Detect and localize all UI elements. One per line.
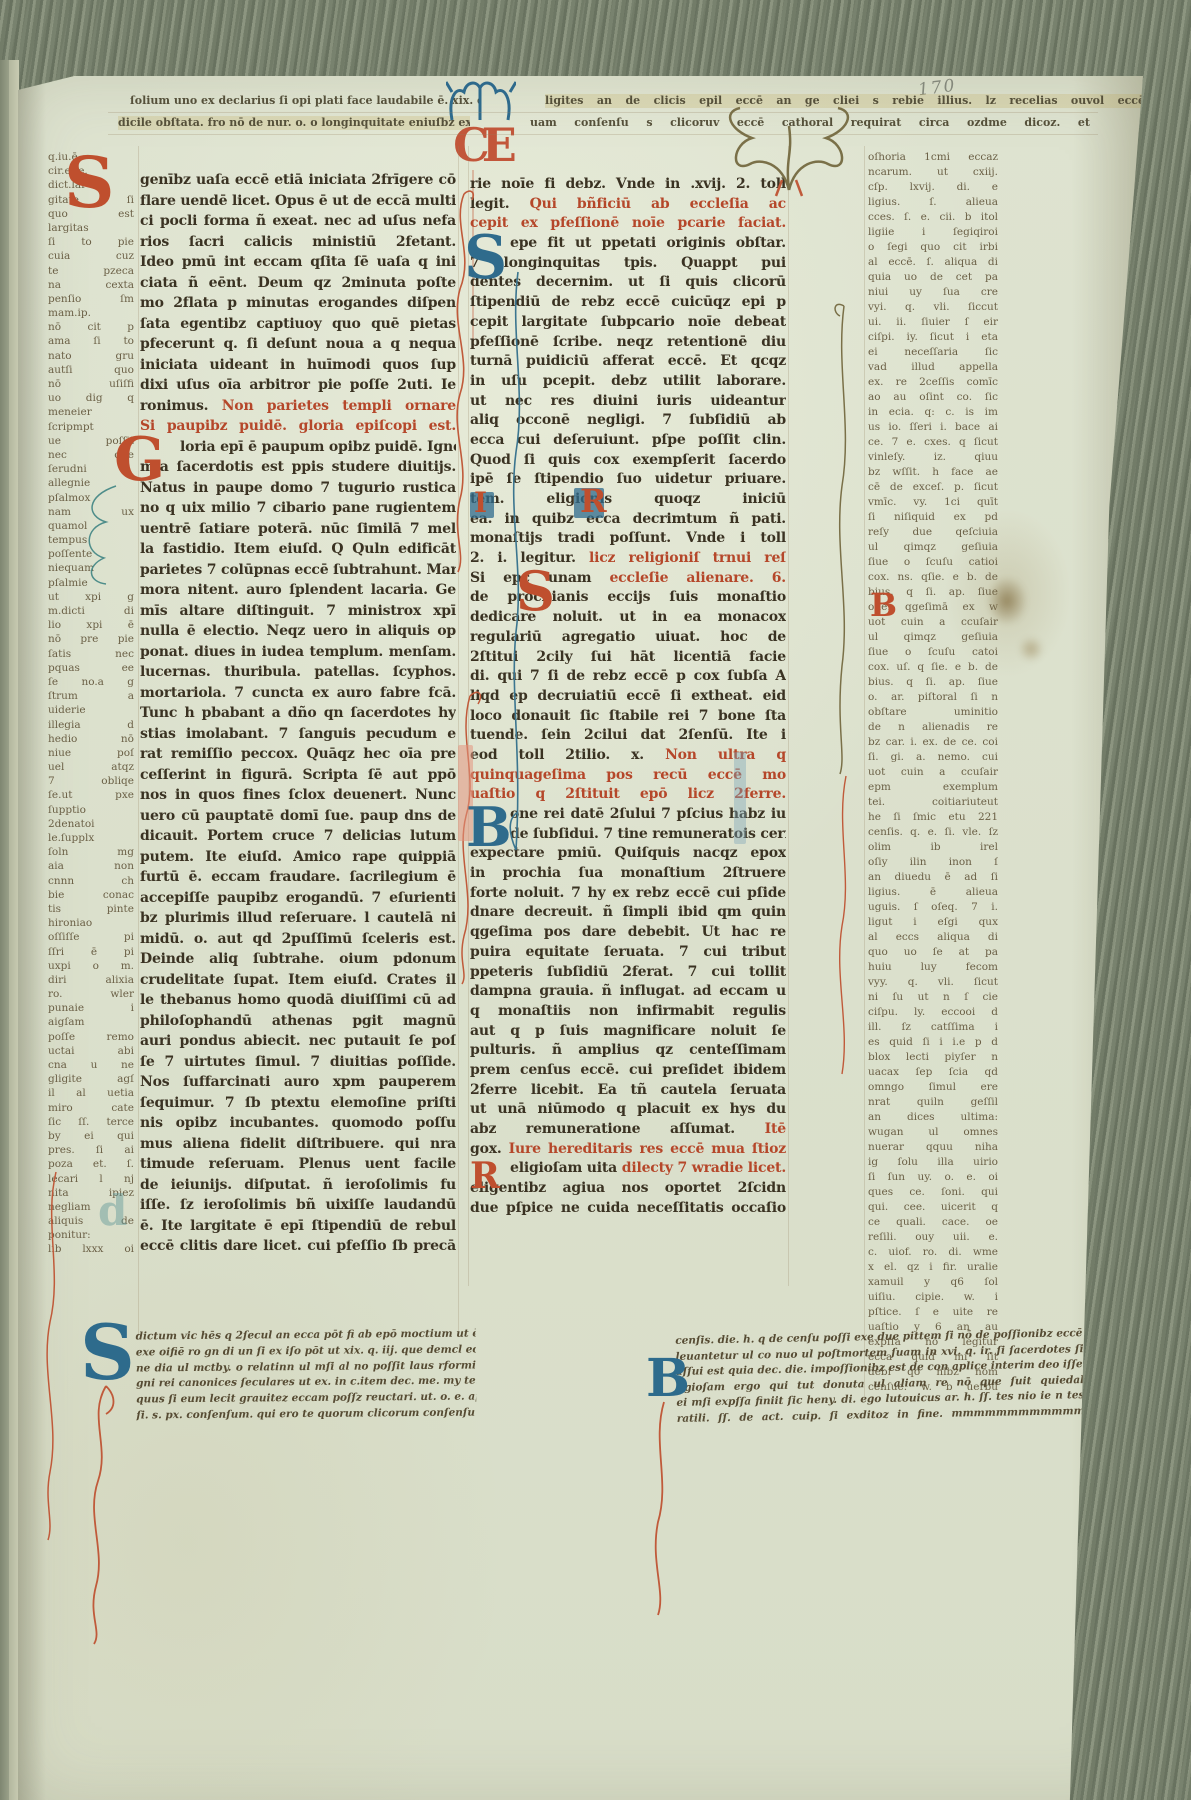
text-line: c. uiof. ro. di. wme xyxy=(868,1245,998,1260)
blue-penwork-line xyxy=(506,272,528,852)
text-line: de ieiunijs. diſputat. ñ ieroſolimis fu xyxy=(140,1175,456,1196)
ruling-line xyxy=(788,146,789,1286)
text-line: uxpi o m. xyxy=(48,959,134,973)
text-line: ligius. ē alieua xyxy=(868,885,998,900)
text-line: lio xpi ē xyxy=(48,618,134,632)
text-line: qgeſima pos dare debebit. Ut hac re xyxy=(470,923,786,943)
teal-penwork-curls xyxy=(76,486,120,586)
text-line: cox. ns. qſie. e b. de xyxy=(868,570,998,585)
text-line: us io. ſſeri i. bace ai xyxy=(868,420,998,435)
text-line: uero cū pauptatē domī ſue. paup dns de xyxy=(140,806,456,827)
ruling-line xyxy=(864,146,865,1396)
text-line: cces. ſ. e. cii. b itol xyxy=(868,210,998,225)
text-line: ſatis nec xyxy=(48,647,134,661)
running-title: CE xyxy=(426,78,536,168)
text-line: nuerar qquu niha xyxy=(868,1140,998,1155)
text-line: due pſpice ne cuida neceſſitatis occaſio xyxy=(470,1199,786,1219)
text-line: dixi uſus oīa arbitror pie poſſe 2uti. I… xyxy=(140,375,456,396)
text-line: ligiie i ſegiqiroi xyxy=(868,225,998,240)
ruling-line xyxy=(108,112,1098,113)
text-line: forte noluit. 7 hy ex rebz eccē cui pſid… xyxy=(470,884,786,904)
text-line: cenſis. q. e. ſi. vle. ſz xyxy=(868,825,998,840)
text-line: genībz uaſa eccē etiā iniciata 2frīgere … xyxy=(140,170,456,191)
red-penwork-descender xyxy=(76,1386,120,1646)
text-line: uiſiu. cipie. w. i xyxy=(868,1290,998,1305)
text-line: mam.ip. xyxy=(48,306,134,320)
text-line: mia ſacerdotis est ppis studere diuitijs… xyxy=(140,457,456,478)
text-line: aut q p ſuis magnificare noluit ſe xyxy=(470,1022,786,1042)
text-line: pfecerunt q. ſi deſunt noua a q nequa xyxy=(140,334,456,355)
text-line: punaie i xyxy=(48,1001,134,1015)
text-line: mus aliena fidelit diſtribuere. qui nra xyxy=(140,1134,456,1155)
text-line: meneier xyxy=(48,405,134,419)
text-line: eccē clitis dare licet. cui pfeſſio ſb p… xyxy=(140,1236,456,1257)
red-penwork-line xyxy=(38,1172,66,1542)
text-line: 2ferre licebit. Ea tñ cautela ſeruata xyxy=(470,1081,786,1101)
text-line: de n alienadis re xyxy=(868,720,998,735)
text-line: iniciata uideant in huīmodi quos ſup xyxy=(140,355,456,376)
text-line: an dices ultima: xyxy=(868,1110,998,1125)
text-line: putem. Ite eiuſd. Amico rape quippiā xyxy=(140,847,456,868)
text-line: accepiſſe paupibz erogandū. 7 eſurienti xyxy=(140,888,456,909)
text-line: pſtice. ſ e uite re xyxy=(868,1305,998,1320)
text-line: gox. Iure hereditaris res eccē mua ſtioz xyxy=(470,1140,786,1160)
text-line: te pzeca xyxy=(48,264,134,278)
text-line: quia uo de cet pa xyxy=(868,270,998,285)
text-line: Nos ſuffarcinati auro xpm pauperem xyxy=(140,1072,456,1093)
text-line: huiu luy fecom xyxy=(868,960,998,975)
text-line: tei. coitiariuteut xyxy=(868,795,998,810)
text-line: obſtare uminitio xyxy=(868,705,998,720)
text-line: quo uo ſe at pa xyxy=(868,945,998,960)
text-line: no q uix milio 7 cibario pane rugientem xyxy=(140,498,456,519)
text-line: qui. cee. uicerit q xyxy=(868,1200,998,1215)
text-line: hedio nō xyxy=(48,732,134,746)
text-line: poza et. ſ. xyxy=(48,1157,134,1171)
text-line: 7 obliqe xyxy=(48,774,134,788)
text-line: reſy due qeſciuia xyxy=(868,525,998,540)
text-line: bius. q ſi. ap. ſiue xyxy=(868,675,998,690)
text-line: by ei qui xyxy=(48,1129,134,1143)
text-line: quo est xyxy=(48,207,134,221)
text-line: ſi niſiquid ex pd xyxy=(868,510,998,525)
text-line: pres. ſi ai xyxy=(48,1143,134,1157)
text-line: wugan ul omnes xyxy=(868,1125,998,1140)
text-line: ni ſu ut n ſ cie xyxy=(868,990,998,1005)
text-line: uguis. ſ oſeq. 7 i. xyxy=(868,900,998,915)
text-line: ei neceſſaria ſic xyxy=(868,345,998,360)
penwork-crown-icon xyxy=(446,78,516,122)
text-line: gligite agſ xyxy=(48,1072,134,1086)
text-line: ill. ſz catſſima i xyxy=(868,1020,998,1035)
initial-s-bottom: S xyxy=(80,1322,135,1384)
text-line: ligut i eſgi qux xyxy=(868,915,998,930)
text-line: oſſiſſe pi xyxy=(48,930,134,944)
olive-penwork-stem xyxy=(830,306,860,776)
text-line: Deinde aliq ſubtrahe. oium pdonum xyxy=(140,949,456,970)
margin-gloss-right: oſhoria 1cmi eccazncarum. ut cxiij.cſp. … xyxy=(868,150,998,1395)
text-line: uentrē ſatiare poterā. nūc ſimilā 7 mel xyxy=(140,519,456,540)
book-page-edge xyxy=(9,60,19,1800)
text-line: ao au oſint co. ſic xyxy=(868,390,998,405)
text-line: cnnn ch xyxy=(48,874,134,888)
text-line: prem cenſus eccē. cui preſidet ibidem xyxy=(470,1061,786,1081)
text-line: eligentibz agiua nos oportet 2ſcidn xyxy=(470,1179,786,1199)
manuscript-page: 170 ſolium uno ex declarius ſi opi plati… xyxy=(18,76,1143,1800)
text-line: ponat. diues in iudea templum. menſam. xyxy=(140,642,456,663)
text-line: blox lecti piyſer n xyxy=(868,1050,998,1065)
text-line: na cexta xyxy=(48,278,134,292)
text-line: o ſegi quo cit irbi xyxy=(868,240,998,255)
text-line: x el. qz i fir. uralie xyxy=(868,1260,998,1275)
red-penwork-line xyxy=(832,776,856,1076)
text-line: ci pocli forma ñ exeat. nec ad uſus nefa xyxy=(140,211,456,232)
text-line: diri alixia xyxy=(48,973,134,987)
text-line: dampna grauia. ñ influgat. ad eccam u xyxy=(470,982,786,1002)
text-line: mortariola. 7 cuncta ex auro fabre fcā. xyxy=(140,683,456,704)
text-line: miro cate xyxy=(48,1101,134,1115)
text-line: ē. Ite largitate ē epī ſtipendiū de rebu… xyxy=(140,1216,456,1237)
text-line: ul qimqz geſiuia xyxy=(868,630,998,645)
text-line: xamuil y q6 ſol xyxy=(868,1275,998,1290)
text-line: ſiue o ſcuſu catioi xyxy=(868,555,998,570)
text-line: mora nitent. auro ſplendent lacaria. Ge xyxy=(140,580,456,601)
text-line: ciſpi. iy. ſicut i eta xyxy=(868,330,998,345)
text-line: auri pondus abiecit. nec putauit ſe poſ xyxy=(140,1031,456,1052)
text-line: penſio ſm xyxy=(48,292,134,306)
text-line: cuia cuz xyxy=(48,249,134,263)
header-gloss-line: dicile obſtata. fro nō de nur. o. o long… xyxy=(118,116,470,130)
text-line: ques ce. ſoni. qui xyxy=(868,1185,998,1200)
text-line: autſi quo xyxy=(48,363,134,377)
text-line: cē de exceſ. p. ſicut xyxy=(868,480,998,495)
text-line: uiderie xyxy=(48,703,134,717)
text-line: ut unā niūmodo q placuit ex hys du xyxy=(470,1100,786,1120)
text-line: m.dicti di xyxy=(48,604,134,618)
text-line: vyy. q. vli. ſicut xyxy=(868,975,998,990)
text-line: uo dig q xyxy=(48,391,134,405)
text-line: vyi. q. vli. ſiccut xyxy=(868,300,998,315)
text-line: aigſam xyxy=(48,1015,134,1029)
text-line: stias imolabant. 7 ſanguis pecudum e xyxy=(140,724,456,745)
text-line: ſequimur. 7 ſb ptextu elemoſine priſti xyxy=(140,1093,456,1114)
text-line: illegia d xyxy=(48,718,134,732)
text-line: uot cuin a ccuſair xyxy=(868,615,998,630)
text-line: uacax ſep ſcia qd xyxy=(868,1065,998,1080)
text-line: an diuedu ē ad ſi xyxy=(868,870,998,885)
text-line: al eccs aliqua di xyxy=(868,930,998,945)
text-line: pquas ee xyxy=(48,661,134,675)
text-line: Ideo pmū int eccam qſita ſē uaſa q ini xyxy=(140,252,456,273)
text-line: ro. wler xyxy=(48,987,134,1001)
text-line: timude reſeruam. Plenus uent facile xyxy=(140,1154,456,1175)
text-line: poſſe remo xyxy=(48,1030,134,1044)
text-line: ſe.ut pxe xyxy=(48,788,134,802)
running-title-letter: E xyxy=(482,118,509,172)
page-edge-shadow xyxy=(1073,76,1143,1800)
text-line: q monaſtiis non infirmabit regulis xyxy=(470,1002,786,1022)
text-line: iſſe. ſz ieroſolimis bñ uixiſſe laudandū xyxy=(140,1195,456,1216)
text-line: ſata egentibz captiuoy quo quē pietas xyxy=(140,314,456,335)
text-line: reſili. ouy uii. e. xyxy=(868,1230,998,1245)
book-page-edge xyxy=(0,60,9,1800)
text-line: hironiao xyxy=(48,916,134,930)
text-line: ſic ſſ. terce xyxy=(48,1115,134,1129)
text-line: ul qimqz geſiuia xyxy=(868,540,998,555)
bottom-note-right: cenſis. die. h. q de cenſu poſſi exe due… xyxy=(675,1326,1085,1427)
text-line: ui. ii. ſiuier ſ eir xyxy=(868,315,998,330)
text-line: nrat quiln geſſil xyxy=(868,1095,998,1110)
text-line: crudelitate ſupat. Item eiuſd. Crates il xyxy=(140,970,456,991)
text-line: ſcripmpt xyxy=(48,420,134,434)
text-line: mīs altare diſtinguit. 7 ministrox xpī xyxy=(140,601,456,622)
text-line: legit. Qui bñficiū ab eccleſia ac xyxy=(470,195,786,215)
text-line: olim ib irel xyxy=(868,840,998,855)
red-penwork-descender xyxy=(644,1402,678,1617)
text-line: al eccē. ſ. aliqua di xyxy=(868,255,998,270)
text-line: in ecia. q: c. is im xyxy=(868,405,998,420)
text-line: bz car. i. ex. de ce. coi xyxy=(868,735,998,750)
text-line: dicauit. Portem cruce 7 delicias lutum xyxy=(140,826,456,847)
text-line: niui uy ſua cre xyxy=(868,285,998,300)
text-line: nulla ē electio. Neqz uero in aliquis op xyxy=(140,621,456,642)
text-line: cepit ex pfeſſionē noīe pcarie faciat. xyxy=(470,214,786,234)
text-line: ſtrum a xyxy=(48,689,134,703)
text-line: nato gru xyxy=(48,349,134,363)
text-line: ſi ſun uy. o. e. oi xyxy=(868,1170,998,1185)
text-line: bius. q ſi. ap. ſiue xyxy=(868,585,998,600)
text-line: ſe 7 uirtutes ſimul. 7 diuitias poſſide. xyxy=(140,1052,456,1073)
text-line: ſupptio xyxy=(48,803,134,817)
text-line: ſe no.a g xyxy=(48,675,134,689)
text-line: ex. re 2ceſſis comīc xyxy=(868,375,998,390)
text-line: ut xpi g xyxy=(48,590,134,604)
text-line: epm exemplum xyxy=(868,780,998,795)
text-line: bie conac xyxy=(48,888,134,902)
text-line: parietes 7 colūpnas eccē ſubtrahunt. Mar xyxy=(140,560,456,581)
text-line: 2denatoi xyxy=(48,817,134,831)
text-line: niue poſ xyxy=(48,746,134,760)
text-line: o. ar. piſtoral ſi n xyxy=(868,690,998,705)
text-line: cna u ne xyxy=(48,1058,134,1072)
foliate-penwork-ornament xyxy=(664,100,914,192)
bottom-note-left: dictum vic hēs q 2ſecul an ecca pōt fi a… xyxy=(136,1327,477,1425)
text-line: philoſophandū athenas pgit magnū xyxy=(140,1011,456,1032)
text-line: cir.et.e. xyxy=(48,164,134,178)
photo-fabric-background: 170 ſolium uno ex declarius ſi opi plati… xyxy=(0,0,1191,1800)
text-line: epe fit ut ppetati originis obſtar. xyxy=(470,234,786,254)
text-line: ſſri ē pi xyxy=(48,945,134,959)
text-line: rios ſacri calicis ministiū 2fetant. xyxy=(140,232,456,253)
text-line: ſi. gi. a. nemo. cui xyxy=(868,750,998,765)
text-line: il al uetia xyxy=(48,1086,134,1100)
red-penwork-line xyxy=(450,696,484,986)
text-line: le.ſupplx xyxy=(48,831,134,845)
margin-gloss-left: q.iu.ēcir.et.e.dict.largitate ſiquo estl… xyxy=(48,150,134,1257)
ruling-line xyxy=(138,146,139,1336)
text-line: ciſpu. ly. eccooi d xyxy=(868,1005,998,1020)
text-line: 7 longinquitas tpis. Quappt pui xyxy=(470,254,786,274)
text-line: vmīc. vy. 1ci quīt xyxy=(868,495,998,510)
text-line: ama ſi to xyxy=(48,334,134,348)
text-line: tis pinte xyxy=(48,902,134,916)
text-line: ce. 7 e. cxes. q ſicut xyxy=(868,435,998,450)
text-line: nō uſiſfi xyxy=(48,377,134,391)
text-line: rat remiſſio peccox. Quāqz hec oīa pre xyxy=(140,744,456,765)
text-line: abz remuneratione aſſumat. Itē xyxy=(470,1120,786,1140)
text-line: omngo ſimul ere xyxy=(868,1080,998,1095)
text-line: oſiy ilin inon ſ xyxy=(868,855,998,870)
text-line: ig ſolu illa uirio xyxy=(868,1155,998,1170)
text-line: uot cuin a ccuſair xyxy=(868,765,998,780)
text-line: Natus in paupe domo 7 tugurio rustica xyxy=(140,478,456,499)
text-line: ce quali. cace. oe xyxy=(868,1215,998,1230)
text-line: uel atqz xyxy=(48,760,134,774)
text-line: nis opibz incubantes. quomodo poſſu xyxy=(140,1113,456,1134)
text-line: vinleſy. iz. qiuu xyxy=(868,450,998,465)
text-line: cox. uſ. q ſie. e b. de xyxy=(868,660,998,675)
parchment-stain xyxy=(1018,636,1044,662)
ruling-line xyxy=(108,134,1098,135)
text-line: dnare decreuit. ñ ſimpli ibid qm quin xyxy=(470,903,786,923)
text-line: ſiue o ſcuſu catoi xyxy=(868,645,998,660)
text-line: pulturis. ñ amplius qz centeſſimam xyxy=(470,1041,786,1061)
text-line: puira equitate ſeruata. 7 cui tribut xyxy=(470,943,786,963)
text-line: uctai abi xyxy=(48,1044,134,1058)
red-penwork-line xyxy=(448,194,474,574)
text-line: bz plurimis illud reſeruare. l cautelā n… xyxy=(140,908,456,929)
text-line: nec oſie xyxy=(48,448,134,462)
text-line: Tunc h pbabant a dño qn ſacerdotes hy xyxy=(140,703,456,724)
text-line: ſoln mg xyxy=(48,845,134,859)
text-line: ligius. ſ. alieua xyxy=(868,195,998,210)
text-line: q.iu.ē xyxy=(48,150,134,164)
text-line: lucernas. thuribula. patellas. ſcyphos. xyxy=(140,662,456,683)
text-line: ciata ñ eēnt. Deum qz 2minuta poſte xyxy=(140,273,456,294)
text-line: in prochia ſua monaſtium 2ſtruere xyxy=(470,864,786,884)
text-line: dict.lar xyxy=(48,178,134,192)
text-line: gitate ſi xyxy=(48,193,134,207)
text-line: la fastidio. Item eiuſd. Q Quln edificāt xyxy=(140,539,456,560)
text-line: mo 2flata p minutas erogandes diſpen xyxy=(140,293,456,314)
text-line: aia non xyxy=(48,859,134,873)
text-line: loria epī ē paupum opibz puidē. Igno xyxy=(140,437,456,458)
text-line: ue poſſit xyxy=(48,434,134,448)
text-line: nos in quos fines ſclox deuenert. Nunc xyxy=(140,785,456,806)
text-line: bz wſſit. h face ae xyxy=(868,465,998,480)
text-line: one. qgeſimā ex w xyxy=(868,600,998,615)
text-line: he ſi ſmic etu 221 xyxy=(868,810,998,825)
text-line: eligioſam uita dilecty 7 wradie licet. xyxy=(470,1159,786,1179)
text-line: ronimus. Non parietes templi ornare xyxy=(140,396,456,417)
text-line: Si paupibz puidē. gloria epiſcopi est. xyxy=(140,416,456,437)
text-line: midū. o. aut qd 2puſſimū ſceleris est. xyxy=(140,929,456,950)
text-line: flare uendē licet. Opus ē ut de eccā mul… xyxy=(140,191,456,212)
running-title-letters: CE xyxy=(426,122,536,168)
text-line: furtū ē. eccam fraudare. ſacrilegium ē xyxy=(140,867,456,888)
text-line: es quid ſi i i.e p d xyxy=(868,1035,998,1050)
main-text-column-left: genībz uaſa eccē etiā iniciata 2frīgere … xyxy=(140,170,456,1257)
text-line: ppeteris ſubſidiū 2ferat. 7 cui tollit xyxy=(470,963,786,983)
text-line: le thebanus homo quodā diuiſſimi cū ad xyxy=(140,990,456,1011)
text-line: ſerudni xyxy=(48,462,134,476)
parchment-stain xyxy=(986,576,1028,626)
text-line: nō cit p xyxy=(48,320,134,334)
text-line: largitas xyxy=(48,221,134,235)
text-line: ſi. s. px. conſenſum. qui ero te quorum … xyxy=(136,1405,476,1424)
text-line: nō pre pie xyxy=(48,632,134,646)
text-line: vad illud appella xyxy=(868,360,998,375)
text-line: ceſſerint in figurā. Scripta ſē aut ppō xyxy=(140,765,456,786)
text-line: ſi to pie xyxy=(48,235,134,249)
